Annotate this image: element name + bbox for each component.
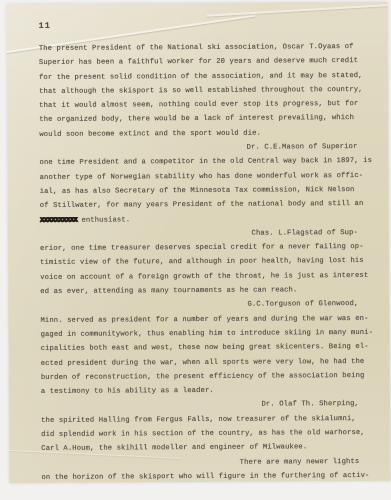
text-line: of Stillwater, for many years President … bbox=[40, 197, 358, 213]
redacted-word: XXXXXXXXXX bbox=[40, 216, 77, 224]
text-line: burden of reconstruction, the present ef… bbox=[41, 369, 359, 385]
document-text: The present President of the National sk… bbox=[39, 40, 360, 483]
text-line: on the horizon of the skisport who will … bbox=[41, 469, 359, 483]
page-number: 11 bbox=[39, 21, 51, 31]
text-line: timistic view of the future, and althoug… bbox=[40, 254, 358, 270]
text-line: Superior has been a faithful worker for … bbox=[39, 54, 357, 70]
text-line: one time President and a competitor in t… bbox=[39, 154, 357, 170]
text-line: G.C.Torguson of Glenwood, bbox=[40, 297, 358, 313]
text-line: did splendid work in his section of the … bbox=[41, 426, 359, 442]
text-line: the organized body, there would be a lac… bbox=[39, 112, 357, 128]
paper-crease-top-right bbox=[207, 2, 391, 17]
text-line: cipalities both east and west, these now… bbox=[41, 340, 359, 356]
scanned-page: 11 The present President of the National… bbox=[7, 2, 391, 483]
text-line: Dr. Olaf Th. Sherping, bbox=[41, 397, 359, 413]
text-line: voice on account of a foreign growth of … bbox=[40, 269, 358, 285]
